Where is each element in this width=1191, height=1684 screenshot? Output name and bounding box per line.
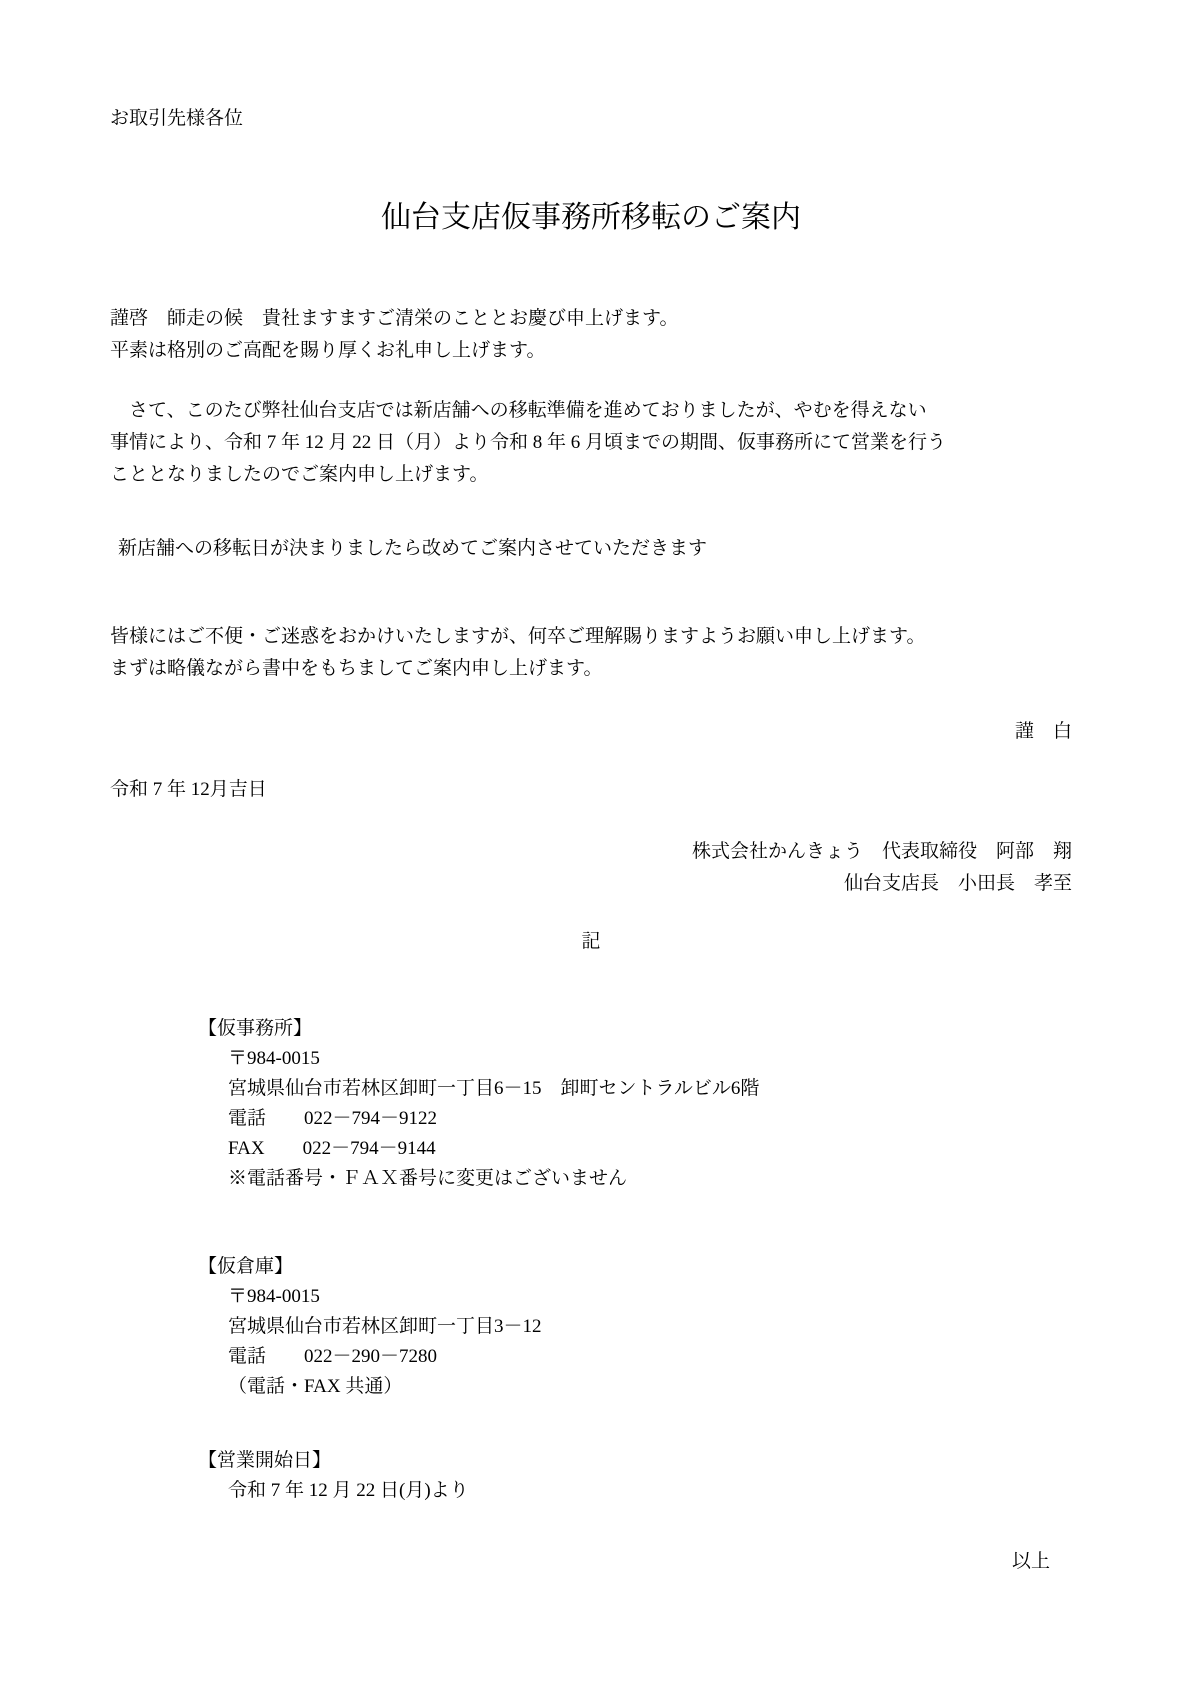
signature-branch-line: 仙台支店長 小田長 孝至 bbox=[110, 868, 1072, 900]
temp-warehouse-address: 宮城県仙台市若林区卸町一丁目3－12 bbox=[228, 1312, 1072, 1342]
record-mark: 記 bbox=[110, 926, 1072, 958]
temp-office-fax: FAX 022－794－9144 bbox=[228, 1134, 1072, 1164]
temp-office-postal-code: 〒984-0015 bbox=[228, 1044, 1072, 1074]
temp-warehouse-details: 〒984-0015 宮城県仙台市若林区卸町一丁目3－12 電話 022－290－… bbox=[228, 1282, 1072, 1402]
temp-warehouse-heading: 【仮倉庫】 bbox=[198, 1252, 1072, 1282]
signature-block: 株式会社かんきょう 代表取締役 阿部 翔 仙台支店長 小田長 孝至 bbox=[110, 836, 1072, 900]
temp-warehouse-section: 【仮倉庫】 〒984-0015 宮城県仙台市若林区卸町一丁目3－12 電話 02… bbox=[110, 1252, 1072, 1402]
temp-warehouse-phone-fax-note: （電話・FAX 共通） bbox=[228, 1372, 1072, 1402]
temp-warehouse-phone: 電話 022－290－7280 bbox=[228, 1342, 1072, 1372]
main-body-paragraph: さて、このたび弊社仙台支店では新店舗への移転準備を進めておりましたが、やむを得え… bbox=[110, 395, 1072, 491]
temp-office-phone: 電話 022－794－9122 bbox=[228, 1104, 1072, 1134]
temp-warehouse-postal-code: 〒984-0015 bbox=[228, 1282, 1072, 1312]
business-start-section: 【営業開始日】 令和 7 年 12 月 22 日(月)より bbox=[110, 1446, 1072, 1506]
greeting-line-2: 平素は格別のご高配を賜り厚くお礼申し上げます。 bbox=[110, 335, 1072, 367]
document-title: 仙台支店仮事務所移転のご案内 bbox=[110, 197, 1072, 239]
closing-salutation: 謹 白 bbox=[110, 716, 1072, 748]
request-paragraph: 皆様にはご不便・ご迷惑をおかけいたしますが、何卒ご理解賜りますようお願い申し上げ… bbox=[110, 621, 1072, 685]
temp-office-address: 宮城県仙台市若林区卸町一丁目6－15 卸町セントラルビル6階 bbox=[228, 1074, 1072, 1104]
temp-office-section: 【仮事務所】 〒984-0015 宮城県仙台市若林区卸町一丁目6－15 卸町セン… bbox=[110, 1014, 1072, 1194]
request-line-1: 皆様にはご不便・ご迷惑をおかけいたしますが、何卒ご理解賜りますようお願い申し上げ… bbox=[110, 621, 1072, 653]
business-start-date: 令和 7 年 12 月 22 日(月)より bbox=[228, 1476, 1072, 1506]
business-start-heading: 【営業開始日】 bbox=[198, 1446, 1072, 1476]
body-line-1: さて、このたび弊社仙台支店では新店舗への移転準備を進めておりましたが、やむを得え… bbox=[110, 395, 1072, 427]
body-line-3: こととなりましたのでご案内申し上げます。 bbox=[110, 459, 1072, 491]
temp-office-heading: 【仮事務所】 bbox=[198, 1014, 1072, 1044]
greeting-paragraph: 謹啓 師走の候 貴社ますますご清栄のこととお慶び申上げます。 平素は格別のご高配… bbox=[110, 303, 1072, 367]
recipient-line: お取引先様各位 bbox=[110, 103, 1072, 135]
end-mark: 以上 bbox=[110, 1546, 1072, 1578]
document-page: お取引先様各位 仙台支店仮事務所移転のご案内 謹啓 師走の候 貴社ますますご清栄… bbox=[0, 0, 1191, 1684]
date-line: 令和 7 年 12月吉日 bbox=[110, 774, 1072, 806]
temp-office-phone-note: ※電話番号・ＦＡＸ番号に変更はございません bbox=[228, 1164, 1072, 1194]
body-line-2: 事情により、令和 7 年 12 月 22 日（月）より令和 8 年 6 月頃まで… bbox=[110, 427, 1072, 459]
greeting-line-1: 謹啓 師走の候 貴社ますますご清栄のこととお慶び申上げます。 bbox=[110, 303, 1072, 335]
business-start-details: 令和 7 年 12 月 22 日(月)より bbox=[228, 1476, 1072, 1506]
request-line-2: まずは略儀ながら書中をもちましてご案内申し上げます。 bbox=[110, 653, 1072, 685]
signature-company-line: 株式会社かんきょう 代表取締役 阿部 翔 bbox=[110, 836, 1072, 868]
relocation-notice-line: 新店舗への移転日が決まりましたら改めてご案内させていただきます bbox=[110, 533, 1072, 565]
temp-office-details: 〒984-0015 宮城県仙台市若林区卸町一丁目6－15 卸町セントラルビル6階… bbox=[228, 1044, 1072, 1194]
